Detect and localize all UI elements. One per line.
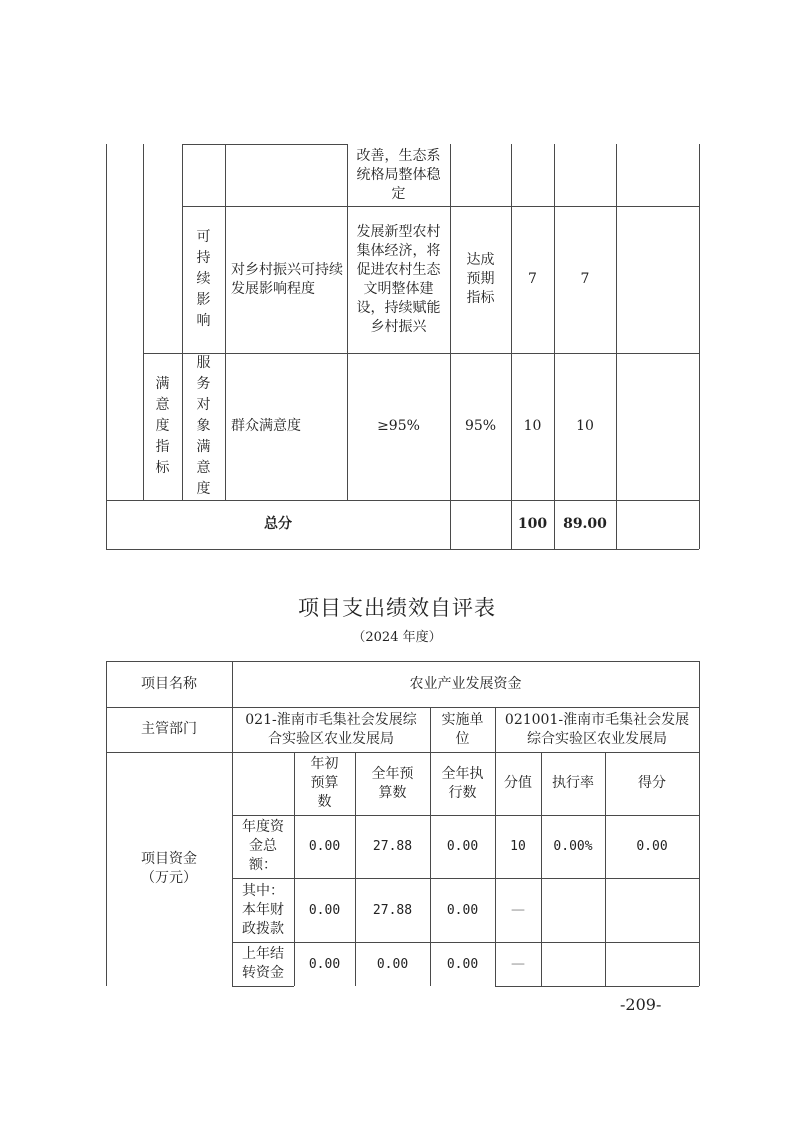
table-border xyxy=(182,144,347,145)
funds-executed: 0.00 xyxy=(430,942,495,986)
header-weight: 分值 xyxy=(495,752,541,815)
dept-label: 主管部门 xyxy=(106,707,232,752)
level1-indicator-cell: 满意度指标 xyxy=(143,353,182,500)
score-cell: 10 xyxy=(554,353,616,500)
project-name-label: 项目名称 xyxy=(106,661,232,707)
score-cell: 7 xyxy=(554,206,616,353)
header-initial-budget: 年初预算数 xyxy=(294,752,355,815)
page-number: -209- xyxy=(620,995,661,1014)
funds-annual: 0.00 xyxy=(355,942,430,986)
weight-cell: 10 xyxy=(511,353,554,500)
impl-unit-value: 021001-淮南市毛集社会发展综合实验区农业发展局 xyxy=(495,707,699,752)
level2-indicator-cell: 可持续影响 xyxy=(182,206,225,353)
funds-weight: 10 xyxy=(495,815,541,878)
header-execution-rate: 执行率 xyxy=(541,752,605,815)
funds-score xyxy=(605,942,699,986)
funds-executed: 0.00 xyxy=(430,815,495,878)
table-border xyxy=(699,144,700,549)
funds-weight: — xyxy=(495,942,541,986)
table-border xyxy=(106,144,107,549)
dept-value: 021-淮南市毛集社会发展综合实验区农业发展局 xyxy=(232,707,430,752)
funds-rate xyxy=(541,878,605,942)
table-border xyxy=(106,549,699,550)
header-score: 得分 xyxy=(605,752,699,815)
funds-annual: 27.88 xyxy=(355,878,430,942)
level2-indicator-label: 服务对象满意度 xyxy=(197,353,211,500)
actual-value-cell: 达成预期指标 xyxy=(450,206,511,353)
funds-rate: 0.00% xyxy=(541,815,605,878)
target-value-cell: 改善，生态系统格局整体稳定 xyxy=(347,144,450,206)
funds-score xyxy=(605,878,699,942)
form-subtitle: （2024 年度） xyxy=(0,626,794,645)
funds-row-label: 上年结转资金 xyxy=(232,942,294,986)
project-name-value: 农业产业发展资金 xyxy=(232,661,699,707)
target-value-cell: 发展新型农村集体经济，将促进农村生态文明整体建设，持续赋能乡村振兴 xyxy=(347,206,450,353)
level1-indicator-label: 满意度指标 xyxy=(156,374,170,479)
table-border xyxy=(232,986,294,987)
funds-rate xyxy=(541,942,605,986)
actual-value-cell: 95% xyxy=(450,353,511,500)
total-label: 总分 xyxy=(106,500,450,549)
indicator-name-cell: 群众满意度 xyxy=(225,353,347,500)
table-border xyxy=(495,986,699,987)
funds-row-label: 年度资金总额： xyxy=(232,815,294,878)
form-title: 项目支出绩效自评表 xyxy=(0,592,794,622)
impl-unit-label: 实施单位 xyxy=(430,707,495,752)
funds-label: 项目资金（万元） xyxy=(106,752,232,986)
funds-initial: 0.00 xyxy=(294,815,355,878)
table-border xyxy=(699,661,700,986)
header-annual-budget: 全年预算数 xyxy=(355,752,430,815)
indicator-name-cell: 对乡村振兴可持续发展影响程度 xyxy=(225,206,347,353)
level2-indicator-label: 可持续影响 xyxy=(197,227,211,332)
funds-score: 0.00 xyxy=(605,815,699,878)
target-value-cell: ≥95% xyxy=(347,353,450,500)
weight-cell: 7 xyxy=(511,206,554,353)
funds-executed: 0.00 xyxy=(430,878,495,942)
funds-initial: 0.00 xyxy=(294,942,355,986)
level2-indicator-cell: 服务对象满意度 xyxy=(182,353,225,500)
table-border xyxy=(616,144,617,549)
header-annual-executed: 全年执行数 xyxy=(430,752,495,815)
funds-weight: — xyxy=(495,878,541,942)
funds-annual: 27.88 xyxy=(355,815,430,878)
funds-row-label: 其中：本年财政拨款 xyxy=(232,878,294,942)
total-weight: 100 xyxy=(511,500,554,549)
funds-initial: 0.00 xyxy=(294,878,355,942)
total-score: 89.00 xyxy=(554,500,616,549)
